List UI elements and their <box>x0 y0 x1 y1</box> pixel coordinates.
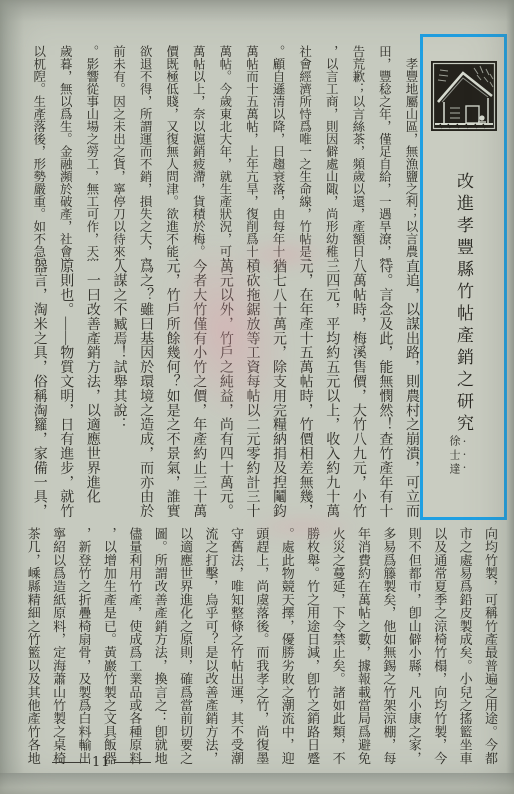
text-column: 猶七八十萬元，除支用完糧納捐及揑鬮鈞 <box>264 259 291 527</box>
text-band-1: 孝豐地屬山區，無漁鹽之利；以言農田，豐稔之年，僅足自給，一遇旱潦，卽告荒歉；以言… <box>25 45 424 261</box>
text-column: 則不但都市，卽山僻小縣，凡小康之家， <box>401 527 426 779</box>
text-column: 火災之蔓延，下令禁止矣。諸如此類，不 <box>325 527 350 779</box>
text-column: 一曰改善產銷方法，以適應世界進化 <box>78 259 105 527</box>
text-band-3: 向均竹製，可稱竹產最普遍之用途。今都市之處易爲鉛皮製成矣。小兒之搖籃坐車以及通常… <box>20 527 503 779</box>
text-column: 年消費約在萬帖之數，據報載當局爲避免 <box>351 527 376 779</box>
text-column: 三四元，平均約五元以上，收入約九十萬 <box>318 259 345 527</box>
scan-edge-left <box>0 0 24 794</box>
text-column: 萬元以外，竹戶之純益，尚有四十萬元。 <box>211 259 238 527</box>
text-column: 茶几，嵊縣精細之竹籃以及其他產竹各地 <box>20 527 45 779</box>
text-column: 。影響從事山場之勞工，無工可作，天寒 <box>78 45 105 261</box>
text-column: 多易爲籐製矣，他如無錫之竹架涼棚，每 <box>376 527 401 779</box>
text-column: 告荒歉；以言絲茶，頻歲以還，產額日少 <box>344 45 371 261</box>
scanned-journal-page: 孝豐地屬山區，無漁鹽之利；以言農田，豐稔之年，僅足自給，一遇旱潦，卽告荒歉；以言… <box>0 0 514 794</box>
text-column: 價既極低賤，又復無人問津。欲進不能， <box>158 45 185 261</box>
text-column: 前未有。因之未出之貨，寧停刀以待來年 <box>105 45 132 261</box>
text-column: 萬帖以上，奈以滬銷疲滯，貨積於梅。 <box>185 45 212 261</box>
text-column: 原則也。——物質文明，日有進步，就竹 <box>52 259 79 527</box>
text-column: 人謀之不臧焉！試舉其說： <box>105 259 132 527</box>
scan-edge-bottom <box>0 773 514 794</box>
text-column: 社會經濟所恃爲唯一之生命線，竹帖是已 <box>291 45 318 261</box>
text-column: 槓砍拖鋸放等工資每帖以二元零約計三十 <box>238 259 265 527</box>
article-title: 改進孝豐縣竹帖產銷之研究 <box>423 149 504 459</box>
page-number-right-rule <box>115 762 151 763</box>
text-column: ，新登竹之折疊椅扇骨，及製爲白料輸出 <box>71 527 96 779</box>
text-column: 今者大竹僅有小竹之價，年產約止三十萬 <box>185 259 212 527</box>
text-band-2: 直追，以謀出路，則農村之崩潰，可立而待。言念及此，能無憫然！查竹產年有十八萬帖時… <box>25 259 424 527</box>
text-column: 守舊法，唯知整條之竹帖出運，其不受潮 <box>224 527 249 779</box>
text-column: ，以言工商，則因僻處山陬，尚形幼稚。 <box>318 45 345 261</box>
article-title-box: 改進孝豐縣竹帖產銷之研究 徐士達 ・・・ <box>420 34 507 520</box>
page-number-value: 11 <box>88 755 115 770</box>
text-column: 以及通常夏季之涼椅竹榻，向均竹製，今 <box>427 527 452 779</box>
text-column: 八萬帖時，梅溪售價，大竹八九元，小竹 <box>344 259 371 527</box>
text-column: 器言，淘米之具，俗稱淘籮，家備一具， <box>25 259 52 527</box>
text-column: 市之處易爲鉛皮製成矣。小兒之搖籃坐車 <box>452 527 477 779</box>
woodcut-illustration <box>430 60 498 132</box>
text-column: ，以增加生產是已。黃巖竹製之文具飯器 <box>97 527 122 779</box>
text-column: 元，竹戶所餘幾何？如是之不景氣，誰實 <box>158 259 185 527</box>
text-column: 儘量利用竹產，使成爲工業品或各種原料 <box>122 527 147 779</box>
text-column: 勝枚舉。竹之用途日減，卽竹之銷路日蹙 <box>300 527 325 779</box>
text-column: 圖。所謂改善產銷方法，換言之：卽就地 <box>147 527 172 779</box>
text-column: 萬帖而十五萬帖，上年亢旱，復削爲十三 <box>238 45 265 261</box>
text-column: 流之打擊，烏乎可？是以改善產銷方法， <box>198 527 223 779</box>
author-emphasis-dots: ・・・ <box>460 437 468 476</box>
page-number: 11 <box>52 755 151 770</box>
scan-edge-right <box>506 0 514 794</box>
author-block: 徐士達 ・・・ <box>447 435 460 505</box>
text-column: 萬帖。今歲東北大年，就生產狀況，可廿 <box>211 45 238 261</box>
text-column: 歲暮，無以爲生。金融瀕於破產，社會遂 <box>52 45 79 261</box>
text-column: 。顧自遜清以降，日趨衰落，由每年十八 <box>264 45 291 261</box>
text-column: 爲之？雖曰基因於環境之造成，而亦由於 <box>131 259 158 527</box>
author-name: 徐士達 <box>447 435 460 505</box>
text-column: 以杌隉。生產落後，形勢嚴重。如不急起 <box>25 45 52 261</box>
text-column: 田，豐稔之年，僅足自給，一遇旱潦，卽 <box>371 45 398 261</box>
text-column: 。處此物競天擇，優勝劣敗之潮流中，迎 <box>274 527 299 779</box>
text-column: 待。言念及此，能無憫然！查竹產年有十 <box>371 259 398 527</box>
text-column: 寧紹以爲造紙原料，定海蕭山竹製之桌椅 <box>46 527 71 779</box>
text-column: 欲退不得，所謂運而不銷，損失之大，空 <box>131 45 158 261</box>
scan-edge-top <box>0 0 514 22</box>
text-column: 向均竹製，可稱竹產最普遍之用途。今都 <box>478 527 503 779</box>
text-column: 頭趕上，尚虞落後。而我孝之竹，尚復墨 <box>249 527 274 779</box>
text-column: 以適應世界進化之原則，確爲當前切要之 <box>173 527 198 779</box>
page-number-left-rule <box>52 762 88 763</box>
text-column: 元，在年產十五萬帖時，竹價相差無幾， <box>291 259 318 527</box>
